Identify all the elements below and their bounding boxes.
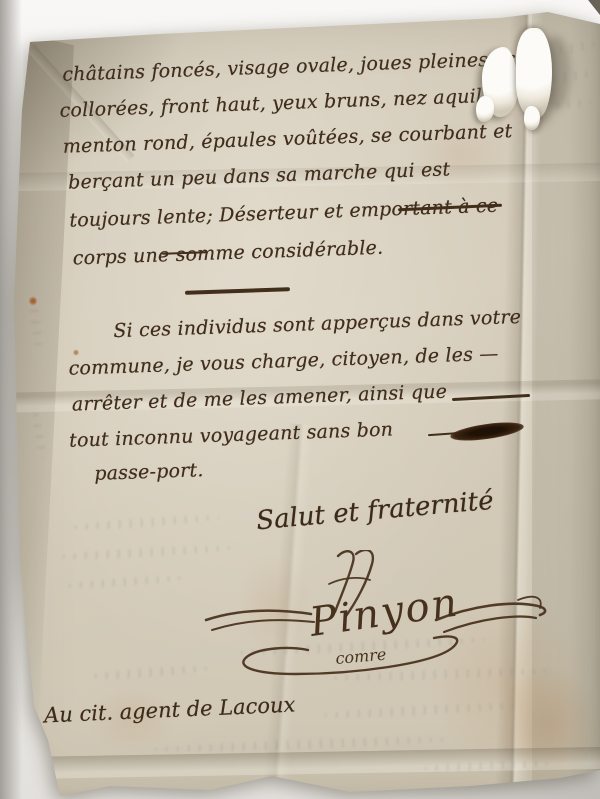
signature-title: comre (335, 645, 387, 668)
manuscript-line: berçant un peu dans sa marche qui est (68, 158, 451, 193)
bleed-through-stroke (64, 574, 184, 590)
letter-sheet-wrap: châtains foncés, visage ovale, joues ple… (0, 0, 600, 799)
manuscript-line: tout inconnu voyageant sans bon (69, 418, 394, 451)
signature-block: Pinyon comre (196, 550, 576, 682)
paper-tear (516, 28, 552, 118)
manuscript-line: commune, je vous charge, citoyen, de les… (68, 343, 499, 380)
signature-left-flourish (206, 611, 311, 620)
manuscript-line: toujours lente; Déserteur et emportant à… (69, 195, 499, 232)
bleed-through-stroke (70, 513, 220, 532)
bleed-through-stroke (90, 664, 210, 681)
paper-tear (524, 106, 540, 130)
signature-left-flourish (212, 620, 314, 630)
manuscript-line: Si ces individus sont apperçus dans votr… (113, 306, 521, 342)
letter-sheet: châtains foncés, visage ovale, joues ple… (0, 0, 600, 799)
manuscript-line: collorées, front haut, yeux bruns, nez a… (59, 84, 507, 122)
manuscript-line: arrêter et de me les amener, ainsi que (72, 381, 448, 416)
manuscript-line: menton rond, épaules voûtées, se courban… (63, 120, 513, 158)
manuscript-line: corps une somme considérable. (72, 237, 383, 270)
manuscript-line: passe-port. (94, 459, 204, 485)
